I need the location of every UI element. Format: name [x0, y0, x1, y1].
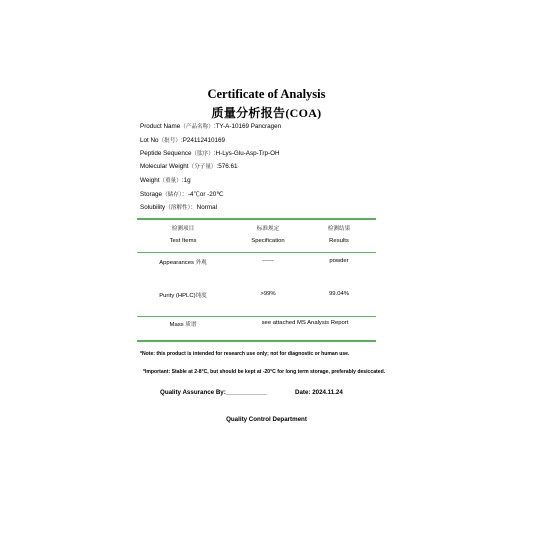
table-row-purity-result: 99.04%	[293, 291, 385, 297]
field-label: Product Name	[140, 123, 180, 130]
field-label-zh: （肽序）	[191, 151, 213, 157]
field-label: Storage	[140, 191, 162, 198]
table-top-rule	[137, 218, 376, 220]
field-label: Solubility	[140, 204, 165, 211]
field-label: Peptide Sequence	[140, 150, 191, 157]
header-test-items: Test Items	[137, 238, 229, 244]
field-label: Molecular Weight	[140, 163, 189, 170]
field-label-zh: （储存）	[162, 192, 182, 198]
field-molecular-weight: Molecular Weight（分子量）:576.61	[140, 162, 238, 170]
field-peptide-sequence: Peptide Sequence（肽序）:H-Lys-Glu-Asp-Trp-O…	[140, 149, 280, 157]
field-value: -4℃or -20℃	[188, 191, 223, 198]
field-label-zh: （溶解性）	[165, 205, 190, 211]
field-solubility: Solubility（溶解性）：Normal	[140, 202, 217, 211]
table-header-rule	[137, 252, 376, 253]
field-storage: Storage（储存）：-4℃or -20℃	[140, 189, 223, 198]
table-row-appearance-item: Appearances 外观	[137, 258, 229, 266]
field-label-zh: （重量）	[159, 178, 181, 184]
field-label-zh: （分子量）	[189, 164, 217, 170]
title-english: Certificate of Analysis	[0, 87, 533, 102]
table-row-purity-item: Purity (HPLC)纯度	[137, 291, 229, 299]
note-research-use: *Note: this product is intended for rese…	[140, 351, 349, 357]
field-value: 576.61	[218, 163, 237, 170]
quality-assurance-signature: Quality Assurance By:____________	[160, 389, 267, 396]
table-row-mass-item: Mass 质谱	[137, 320, 229, 328]
field-label-zh: （批号）	[159, 138, 181, 144]
field-value: Normal	[197, 204, 217, 211]
table-bottom-rule	[137, 340, 376, 342]
field-value: H-Lys-Glu-Asp-Trp-OH	[216, 150, 280, 157]
field-label-zh: （产品名称）	[180, 124, 214, 130]
title-chinese: 质量分析报告(COA)	[0, 104, 533, 121]
field-product-name: Product Name（产品名称）:TY-A-10169 Pancragen	[140, 122, 281, 130]
table-row-rule	[137, 316, 376, 317]
department-label: Quality Control Department	[0, 416, 533, 423]
field-value: 1g	[184, 177, 191, 184]
header-results: Results	[293, 238, 385, 244]
field-label: Lot No	[140, 137, 159, 144]
field-weight: Weight（重量）:1g	[140, 176, 191, 184]
field-lot-no: Lot No（批号）:P24112410169	[140, 136, 225, 144]
field-label: Weight	[140, 177, 159, 184]
field-value: P24112410169	[183, 137, 225, 144]
note-storage-important: *Important: Stable at 2-8°C, but should …	[143, 369, 385, 375]
table-row-appearance-result: powder	[293, 258, 385, 264]
table-row-mass-result: see attached MS Analysis Report	[240, 320, 370, 326]
header-test-items-zh: 检测项目	[137, 224, 229, 232]
field-value: TY-A-10169 Pancragen	[216, 123, 282, 130]
date-label: Date: 2024.11.24	[295, 389, 343, 396]
header-results-zh: 检测结果	[293, 224, 385, 232]
